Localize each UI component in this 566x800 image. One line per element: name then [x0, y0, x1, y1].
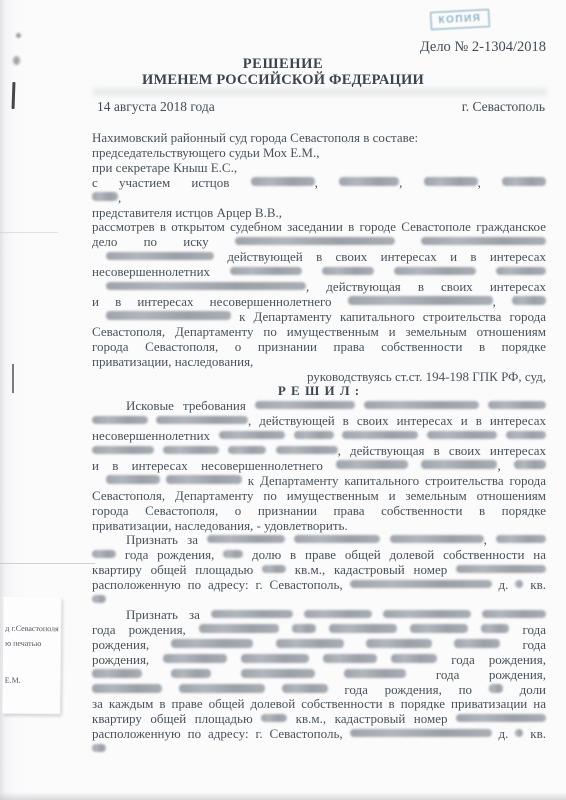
- document-line: года рождения, года: [92, 623, 546, 638]
- document-line: представителя истцов Арцер В.В.,: [92, 206, 546, 221]
- document-line: расположенную по адресу: г. Севастополь,…: [92, 578, 546, 593]
- text-segment: д.: [492, 577, 516, 592]
- redaction-smudge: [92, 669, 142, 678]
- redaction-smudge: [348, 296, 493, 305]
- redaction-smudge: [515, 580, 523, 589]
- text-segment: года рождения,: [116, 547, 223, 562]
- decision-date: 14 августа 2018 года: [97, 99, 215, 115]
- text-segment: дело по иску: [92, 234, 235, 249]
- document-line: председательствующего судьи Мох Е.М.,: [92, 146, 546, 161]
- document-title: РЕШЕНИЕ ИМЕНЕМ РОССИЙСКОЙ ФЕДЕРАЦИИ: [0, 56, 566, 88]
- document-line: города Севастополя, о признании права со…: [92, 504, 546, 519]
- text-segment: квартиру общей площадью: [92, 562, 262, 577]
- document-line: при секретаре Кныш Е.С.,: [92, 161, 546, 176]
- text-segment: руководствуясь ст.ст. 194-198 ГПК РФ, су…: [307, 369, 546, 384]
- redaction-smudge: [106, 475, 160, 484]
- redaction-smudge: [106, 252, 214, 261]
- redaction-smudge: [179, 684, 265, 693]
- text-segment: ,: [399, 175, 423, 190]
- redaction-smudge: [219, 431, 285, 440]
- redaction-smudge: [251, 177, 315, 186]
- redaction-smudge: [410, 624, 468, 633]
- redaction-smudge: [323, 654, 377, 663]
- document-line: за каждым в праве общей долевой собствен…: [92, 697, 546, 712]
- scan-artifact-stroke: [12, 82, 15, 109]
- text-segment: действующей в своих интересах и в интере…: [214, 249, 546, 264]
- redaction-smudge: [171, 639, 253, 648]
- text-segment: несовершеннолетних: [92, 428, 219, 443]
- redaction-smudge: [282, 684, 328, 693]
- redaction-smudge: [394, 267, 476, 276]
- text-segment: при секретаре Кныш Е.С.,: [92, 160, 237, 175]
- document-line: и в интересах несовершеннолетнего ,: [92, 295, 546, 310]
- redaction-smudge: [199, 624, 279, 633]
- text-segment: Признать за: [126, 607, 211, 622]
- text-segment: кв.м., кадастровый номер: [286, 562, 456, 577]
- text-segment: кв.м., кадастровый номер: [287, 711, 456, 726]
- redaction-smudge: [421, 237, 546, 246]
- redaction-smudge: [294, 535, 380, 544]
- redaction-smudge: [496, 267, 546, 276]
- document-line: ,: [92, 191, 546, 206]
- document-line: рассмотрев в открытом судебном заседании…: [92, 220, 546, 235]
- text-segment: ,: [118, 190, 121, 205]
- text-segment: Исковые требования: [126, 398, 255, 413]
- redaction-smudge: [336, 460, 408, 469]
- text-segment: ,: [497, 458, 514, 473]
- text-segment: кв.: [523, 577, 546, 592]
- redaction-smudge: [350, 729, 492, 738]
- text-segment: Нахимовский районный суд города Севастоп…: [92, 130, 418, 145]
- redaction-smudge: [235, 237, 395, 246]
- text-segment: доли: [503, 682, 546, 697]
- text-segment: года рождения,: [92, 622, 199, 637]
- redaction-smudge: [515, 729, 523, 738]
- sticker-line-seal: ю печатью: [5, 636, 61, 652]
- redaction-smudge: [92, 192, 118, 201]
- redaction-smudge: [106, 311, 231, 320]
- sticker-line-court: д г.Севастополя: [5, 621, 61, 637]
- text-segment: Признать за: [126, 532, 207, 547]
- text-segment: приватизации, наследования,: [92, 354, 253, 369]
- redaction-smudge: [421, 460, 497, 469]
- redaction-smudge: [342, 431, 418, 440]
- redaction-smudge: [454, 639, 500, 648]
- redaction-smudge: [156, 416, 248, 425]
- document-line: квартиру общей площадью кв.м., кадастров…: [92, 712, 546, 727]
- document-line: , действующая в своих интересах: [92, 444, 546, 459]
- title-in-name-of-rf: ИМЕНЕМ РОССИЙСКОЙ ФЕДЕРАЦИИ: [0, 72, 566, 88]
- document-line: квартиру общей площадью кв.м., кадастров…: [92, 563, 546, 578]
- case-number: Дело № 2-1304/2018: [420, 39, 546, 56]
- date-city-row: 14 августа 2018 года г. Севастополь: [97, 99, 545, 115]
- redaction-smudge: [163, 654, 227, 663]
- document-line: Признать за: [92, 608, 546, 623]
- text-segment: , действующая в своих интересах: [306, 279, 546, 294]
- redaction-smudge: [166, 475, 242, 484]
- text-segment: к Департаменту капитального строительств…: [231, 309, 546, 324]
- redaction-smudge: [514, 460, 546, 469]
- redaction-smudge: [506, 431, 546, 440]
- redaction-smudge: [292, 624, 316, 633]
- redaction-smudge: [163, 446, 219, 455]
- scan-artifact-dot: [13, 56, 20, 65]
- redaction-smudge: [92, 446, 154, 455]
- scanned-court-decision-page: КОПИЯ Дело № 2-1304/2018 РЕШЕНИЕ ИМЕНЕМ …: [0, 0, 566, 800]
- redaction-smudge: [255, 401, 355, 410]
- document-line: и в интересах несовершеннолетнего ,: [92, 459, 546, 474]
- text-segment: года: [500, 637, 546, 652]
- text-segment: д.: [492, 726, 516, 741]
- redaction-smudge: [482, 610, 546, 619]
- redaction-smudge: [344, 669, 406, 678]
- document-line: несовершеннолетних: [92, 429, 546, 444]
- redaction-smudge: [241, 654, 309, 663]
- document-line: города Севастополя, о признании права со…: [92, 340, 546, 355]
- text-segment: несовершеннолетних: [92, 264, 230, 279]
- text-segment: года рождения, по: [328, 682, 489, 697]
- redaction-smudge: [223, 550, 243, 559]
- sticker-line-initials: Е.М.: [5, 673, 61, 689]
- document-line: года рождения, по доли: [92, 683, 546, 698]
- document-line: года рождения, долю в праве общей долево…: [92, 548, 546, 563]
- redaction-smudge: [92, 595, 106, 604]
- document-line: года рождения,: [92, 668, 546, 683]
- text-segment: расположенную по адресу: г. Севастополь,: [92, 726, 350, 741]
- text-segment: с участием истцов: [92, 175, 251, 190]
- document-line: Признать за ,: [92, 533, 546, 548]
- redaction-smudge: [241, 669, 315, 678]
- document-line: , действующая в своих интересах: [92, 280, 546, 295]
- text-segment: , действующей в своих интересах и в инте…: [248, 413, 546, 428]
- copy-stamp: КОПИЯ: [430, 8, 491, 30]
- document-line: с участием истцов , , ,: [92, 176, 546, 191]
- redaction-smudge: [261, 714, 287, 723]
- redaction-smudge: [456, 714, 546, 723]
- text-segment: года рождения,: [437, 652, 546, 667]
- text-segment: ,: [315, 175, 339, 190]
- document-line: руководствуясь ст.ст. 194-198 ГПК РФ, су…: [92, 370, 546, 385]
- paper-fold-line: [0, 563, 95, 564]
- redaction-smudge: [427, 431, 497, 440]
- text-segment: города Севастополя, о признании права со…: [92, 503, 546, 518]
- text-segment: ,: [493, 294, 512, 309]
- text-segment: приватизации, наследования, - удовлетвор…: [92, 518, 348, 533]
- faded-redaction-band: [92, 88, 548, 96]
- redaction-smudge: [211, 610, 293, 619]
- text-segment: Р Е Ш И Л :: [278, 383, 360, 398]
- text-segment: , действующая в своих интересах: [338, 443, 546, 458]
- redaction-smudge: [488, 401, 546, 410]
- redaction-smudge: [456, 565, 546, 574]
- text-segment: Севастополя, Департаменту по имущественн…: [92, 324, 546, 339]
- redaction-smudge: [294, 431, 334, 440]
- redaction-smudge: [339, 177, 399, 186]
- document-line: расположенную по адресу: г. Севастополь,…: [92, 727, 546, 742]
- document-line: несовершеннолетних: [92, 265, 546, 280]
- text-segment: ,: [484, 532, 496, 547]
- title-decision: РЕШЕНИЕ: [0, 56, 566, 72]
- text-segment: долю в праве общей долевой собственности…: [243, 547, 546, 562]
- redaction-smudge: [364, 401, 479, 410]
- text-segment: за каждым в праве общей долевой собствен…: [92, 696, 546, 711]
- document-line: , действующей в своих интересах и в инте…: [92, 414, 546, 429]
- text-segment: и в интересах несовершеннолетнего: [92, 294, 348, 309]
- attached-page-corner: д г.Севастополя ю печатью Е.М.: [2, 597, 61, 715]
- decision-city: г. Севастополь: [462, 99, 545, 115]
- text-segment: года: [509, 622, 546, 637]
- document-line: [92, 593, 546, 608]
- document-line: приватизации, наследования, - удовлетвор…: [92, 519, 546, 534]
- text-segment: представителя истцов Арцер В.В.,: [92, 205, 282, 220]
- text-segment: рождения,: [92, 652, 163, 667]
- redaction-smudge: [276, 639, 344, 648]
- document-line: Нахимовский районный суд города Севастоп…: [92, 131, 546, 146]
- text-segment: кв.: [523, 726, 546, 741]
- document-line: Исковые требования: [92, 399, 546, 414]
- document-line: дело по иску: [92, 235, 546, 250]
- text-segment: рассмотрев в открытом судебном заседании…: [92, 219, 546, 234]
- document-line: рождения, года рождения,: [92, 653, 546, 668]
- redaction-smudge: [481, 624, 509, 633]
- redaction-smudge: [106, 282, 306, 291]
- document-line: действующей в своих интересах и в интере…: [92, 250, 546, 265]
- document-line: рождения, года: [92, 638, 546, 653]
- text-segment: ,: [478, 175, 502, 190]
- paper-fold-line: [0, 232, 58, 233]
- document-line: [92, 742, 546, 757]
- document-line: Р Е Ш И Л :: [92, 384, 546, 399]
- redaction-smudge: [350, 580, 492, 589]
- redaction-smudge: [383, 610, 471, 619]
- redaction-smudge: [304, 610, 372, 619]
- redaction-smudge: [391, 654, 437, 663]
- redaction-smudge: [171, 669, 211, 678]
- text-segment: года рождения,: [406, 667, 546, 682]
- redaction-smudge: [92, 550, 116, 559]
- text-segment: рождения,: [92, 637, 171, 652]
- redaction-smudge: [276, 446, 338, 455]
- redaction-smudge: [489, 684, 503, 693]
- scan-artifact-dot: [16, 33, 21, 38]
- redaction-smudge: [322, 267, 374, 276]
- text-segment: квартиру общей площадью: [92, 711, 261, 726]
- redaction-smudge: [502, 177, 546, 186]
- redaction-smudge: [366, 639, 432, 648]
- scan-artifact-stroke: [12, 364, 14, 393]
- redaction-smudge: [92, 416, 148, 425]
- redaction-smudge: [390, 535, 484, 544]
- document-line: к Департаменту капитального строительств…: [92, 310, 546, 325]
- text-segment: Севастополя, Департаменту по имущественн…: [92, 488, 546, 503]
- redaction-smudge: [230, 267, 302, 276]
- text-segment: председательствующего судьи Мох Е.М.,: [92, 145, 319, 160]
- text-segment: и в интересах несовершеннолетнего: [92, 458, 336, 473]
- redaction-smudge: [262, 565, 286, 574]
- redaction-smudge: [207, 535, 285, 544]
- redaction-smudge: [512, 296, 546, 305]
- document-body: Нахимовский районный суд города Севастоп…: [92, 131, 546, 757]
- redaction-smudge: [92, 744, 106, 753]
- document-line: Севастополя, Департаменту по имущественн…: [92, 489, 546, 504]
- document-line: приватизации, наследования,: [92, 355, 546, 370]
- redaction-smudge: [496, 535, 546, 544]
- redaction-smudge: [424, 177, 478, 186]
- text-segment: расположенную по адресу: г. Севастополь,: [92, 577, 350, 592]
- document-line: к Департаменту капитального строительств…: [92, 474, 546, 489]
- text-segment: города Севастополя, о признании права со…: [92, 339, 546, 354]
- redaction-smudge: [329, 624, 397, 633]
- redaction-smudge: [228, 446, 266, 455]
- text-segment: к Департаменту капитального строительств…: [242, 473, 546, 488]
- document-line: Севастополя, Департаменту по имущественн…: [92, 325, 546, 340]
- redaction-smudge: [92, 684, 162, 693]
